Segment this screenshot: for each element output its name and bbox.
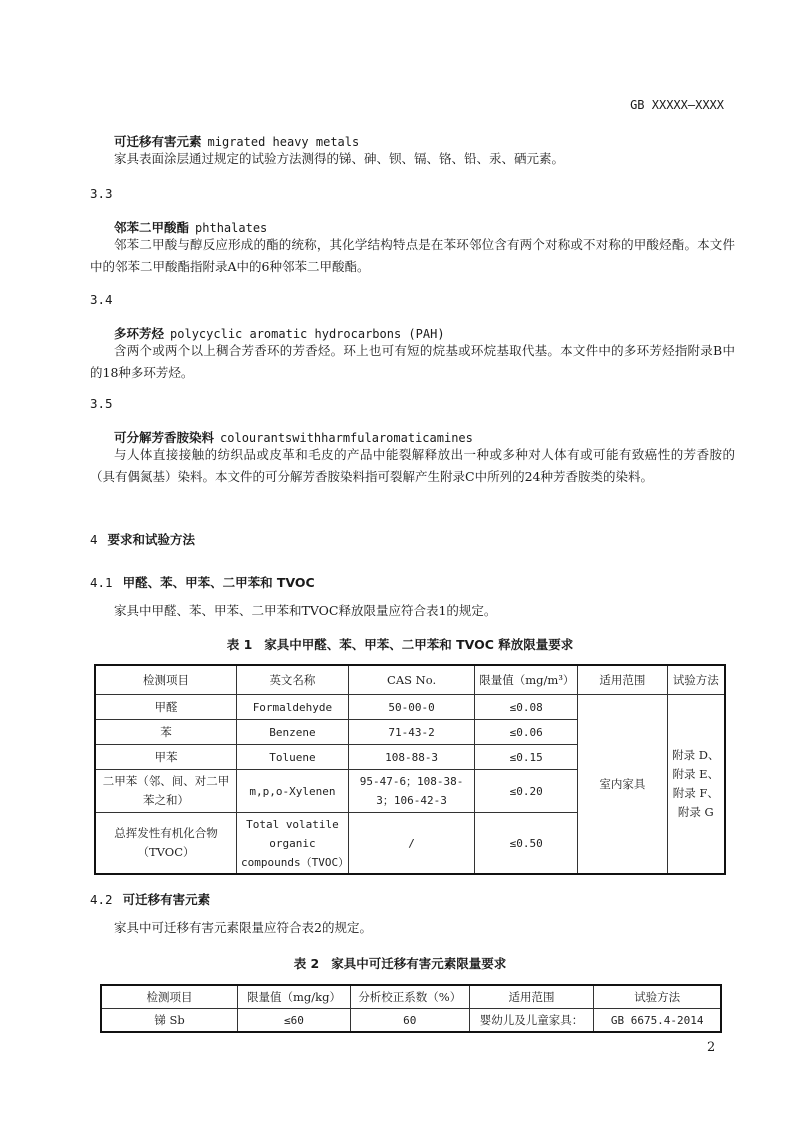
table-row: 锑 Sb ≤60 60 婴幼儿及儿童家具： GB 6675.4-2014 (101, 1009, 721, 1033)
term-zh: 可迁移有害元素 (114, 134, 202, 149)
cell-item: 甲醛 (95, 695, 237, 720)
table1-caption-text: 家具中甲醛、苯、甲苯、二甲苯和 TVOC 释放限量要求 (264, 637, 573, 652)
table2-header-factor: 分析校正系数（%） (350, 985, 469, 1009)
cell-cas: / (348, 813, 474, 875)
cell-scope: 婴幼儿及儿童家具： (469, 1009, 594, 1033)
table1-header-limit: 限量值（mg/m³） (475, 665, 578, 695)
cell-limit: ≤0.50 (475, 813, 578, 875)
definition-pah: 含两个或两个以上稠合芳香环的芳香烃。环上也可有短的烷基或环烷基取代基。本文件中的… (90, 340, 735, 384)
table1-header-cas: CAS No. (348, 665, 474, 695)
cell-scope: 室内家具 (578, 695, 668, 875)
table1-caption-number: 表 1 (227, 637, 253, 652)
term-en: polycyclic aromatic hydrocarbons (PAH) (170, 327, 445, 341)
cell-limit: ≤0.15 (475, 745, 578, 770)
table1-header-method: 试验方法 (667, 665, 725, 695)
cell-english: Toluene (237, 745, 349, 770)
table2-header-scope: 适用范围 (469, 985, 594, 1009)
term-zh: 邻苯二甲酸酯 (114, 220, 189, 235)
table2-caption-text: 家具中可迁移有害元素限量要求 (331, 956, 506, 971)
table2: 检测项目 限量值（mg/kg） 分析校正系数（%） 适用范围 试验方法 锑 Sb… (100, 984, 722, 1033)
cell-factor: 60 (350, 1009, 469, 1033)
cell-cas: 95-47-6；108-38-3；106-42-3 (348, 770, 474, 813)
table1-header-row: 检测项目 英文名称 CAS No. 限量值（mg/m³） 适用范围 试验方法 (95, 665, 725, 695)
page-number: 2 (707, 1040, 715, 1055)
term-en: phthalates (195, 221, 267, 235)
section-4-1-heading: 4.1甲醛、苯、甲苯、二甲苯和 TVOC (90, 573, 315, 591)
table1-header-scope: 适用范围 (578, 665, 668, 695)
table2-header-item: 检测项目 (101, 985, 238, 1009)
table1: 检测项目 英文名称 CAS No. 限量值（mg/m³） 适用范围 试验方法 甲… (94, 664, 726, 875)
cell-limit: ≤60 (238, 1009, 351, 1033)
term-en: colourantswithharmfularomaticamines (220, 431, 473, 445)
cell-item: 二甲苯（邻、间、对二甲苯之和） (95, 770, 237, 813)
cell-english: Benzene (237, 720, 349, 745)
section-4-1-text: 家具中甲醛、苯、甲苯、二甲苯和TVOC释放限量应符合表1的规定。 (90, 600, 735, 622)
table2-header-row: 检测项目 限量值（mg/kg） 分析校正系数（%） 适用范围 试验方法 (101, 985, 721, 1009)
term-en: migrated heavy metals (208, 135, 360, 149)
section-title: 甲醛、苯、甲苯、二甲苯和 TVOC (123, 575, 315, 590)
cell-item: 锑 Sb (101, 1009, 238, 1033)
table2-header-limit: 限量值（mg/kg） (238, 985, 351, 1009)
cell-english: Total volatile organic compounds（TVOC） (237, 813, 349, 875)
definition-phthalates: 邻苯二甲酸与醇反应形成的酯的统称，其化学结构特点是在苯环邻位含有两个对称或不对称… (90, 234, 735, 278)
cell-limit: ≤0.06 (475, 720, 578, 745)
cell-english: Formaldehyde (237, 695, 349, 720)
definition-migrated-heavy-metals: 家具表面涂层通过规定的试验方法测得的锑、砷、钡、镉、铬、铅、汞、硒元素。 (90, 148, 735, 170)
section-number: 4.2 (90, 892, 113, 907)
table2-caption-number: 表 2 (294, 956, 320, 971)
section-4-2-text: 家具中可迁移有害元素限量应符合表2的规定。 (90, 917, 735, 939)
cell-cas: 50-00-0 (348, 695, 474, 720)
section-number: 4.1 (90, 575, 113, 590)
section-number-3-3: 3.3 (90, 186, 113, 201)
cell-cas: 108-88-3 (348, 745, 474, 770)
table2-header-method: 试验方法 (594, 985, 721, 1009)
cell-english: m,p,o-Xylenen (237, 770, 349, 813)
section-number-3-5: 3.5 (90, 396, 113, 411)
cell-item: 甲苯 (95, 745, 237, 770)
section-number-3-4: 3.4 (90, 292, 113, 307)
table1-header-english: 英文名称 (237, 665, 349, 695)
table2-caption: 表 2家具中可迁移有害元素限量要求 (0, 954, 800, 972)
section-number: 4 (90, 532, 98, 547)
section-title: 要求和试验方法 (108, 532, 196, 547)
cell-limit: ≤0.20 (475, 770, 578, 813)
definition-azo-colourants: 与人体直接接触的纺织品或皮革和毛皮的产品中能裂解释放出一种或多种对人体有或可能有… (90, 444, 735, 488)
section-title: 可迁移有害元素 (123, 892, 211, 907)
cell-item: 苯 (95, 720, 237, 745)
table-row: 甲醛 Formaldehyde 50-00-0 ≤0.08 室内家具 附录 D、… (95, 695, 725, 720)
section-4-2-heading: 4.2可迁移有害元素 (90, 890, 210, 908)
cell-cas: 71-43-2 (348, 720, 474, 745)
section-4-heading: 4要求和试验方法 (90, 530, 195, 548)
table1-caption: 表 1家具中甲醛、苯、甲苯、二甲苯和 TVOC 释放限量要求 (0, 635, 800, 653)
table1-header-item: 检测项目 (95, 665, 237, 695)
cell-item: 总挥发性有机化合物（TVOC） (95, 813, 237, 875)
cell-method: 附录 D、附录 E、附录 F、附录 G (667, 695, 725, 875)
cell-method: GB 6675.4-2014 (594, 1009, 721, 1033)
term-zh: 多环芳烃 (114, 326, 164, 341)
term-zh: 可分解芳香胺染料 (114, 430, 214, 445)
document-code: GB XXXXX—XXXX (630, 98, 724, 112)
cell-limit: ≤0.08 (475, 695, 578, 720)
